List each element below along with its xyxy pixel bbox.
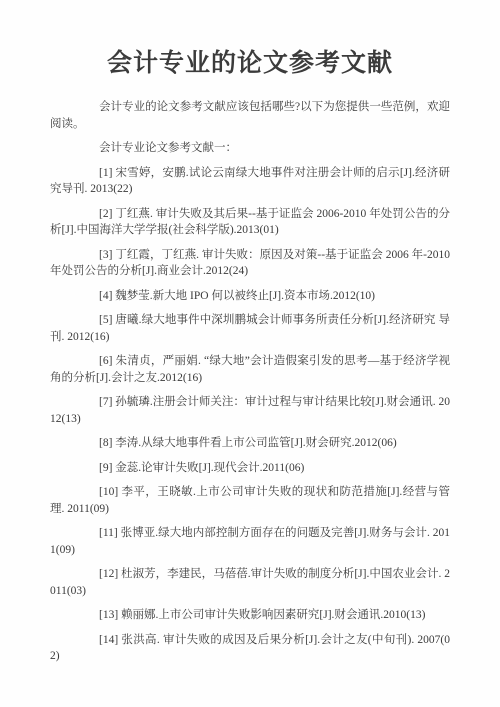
reference-item: [5] 唐曦.绿大地事件中深圳鹏城会计师事务所责任分析[J].经济研究 导刊. …	[50, 312, 450, 345]
reference-item: [4] 魏梦莹.新大地 IPO 何以被终止[J].资本市场.2012(10)	[50, 288, 450, 305]
reference-item: [9] 金蕊.论审计失败[J].现代会计.2011(06)	[50, 460, 450, 477]
reference-list: [1] 宋雪婷，安鹏.试论云南绿大地事件对注册会计师的启示[J].经济研究导刊.…	[50, 165, 450, 665]
reference-item: [12] 杜淑芳，李建民，马蓓蓓.审计失败的制度分析[J].中国农业会计. 20…	[50, 566, 450, 599]
reference-item: [3] 丁红霞，丁红燕. 审计失败：原因及对策--基于证监会 2006 年-20…	[50, 247, 450, 280]
reference-item: [2] 丁红燕. 审计失败及其后果--基于证监会 2006-2010 年处罚公告…	[50, 206, 450, 239]
reference-item: [14] 张洪高. 审计失败的成因及后果分析[J].会计之友(中旬刊). 200…	[50, 632, 450, 665]
reference-item: [7] 孙毓璘.注册会计师关注：审计过程与审计结果比较[J].财会通讯. 201…	[50, 394, 450, 427]
reference-item: [11] 张博亚.绿大地内部控制方面存在的问题及完善[J].财务与会计. 201…	[50, 525, 450, 558]
reference-item: [8] 李涛.从绿大地事件看上市公司监管[J].财会研究.2012(06)	[50, 435, 450, 452]
reference-item: [1] 宋雪婷，安鹏.试论云南绿大地事件对注册会计师的启示[J].经济研究导刊.…	[50, 165, 450, 198]
document-page: 会计专业的论文参考文献 会计专业的论文参考文献应该包括哪些?以下为您提供一些范例…	[0, 0, 500, 707]
reference-item: [13] 赖丽娜.上市公司审计失败影响因素研究[J].财会通讯.2010(13)	[50, 607, 450, 624]
reference-item: [6] 朱清贞，严丽娟. “绿大地”会计造假案引发的思考—基于经济学视角的分析[…	[50, 353, 450, 386]
reference-item: [10] 李平，王晓敏.上市公司审计失败的现状和防范措施[J].经营与管理. 2…	[50, 484, 450, 517]
section-heading: 会计专业论文参考文献一：	[50, 140, 450, 157]
page-title: 会计专业的论文参考文献	[50, 46, 450, 82]
intro-paragraph: 会计专业的论文参考文献应该包括哪些?以下为您提供一些范例，欢迎阅读。	[50, 99, 450, 132]
